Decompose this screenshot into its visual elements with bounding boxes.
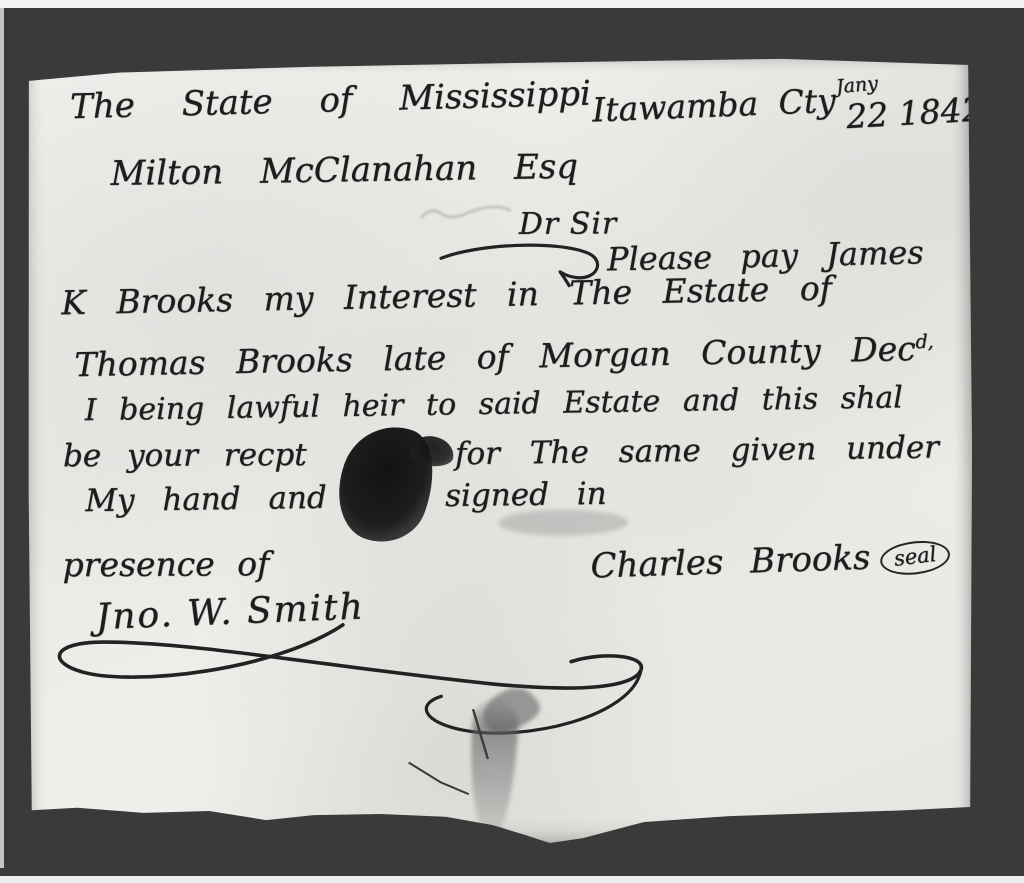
gray-smear (498, 509, 628, 536)
body-line-interest: K Brooks my Interest in The Estate of (61, 272, 832, 320)
decd-superscript: d, (915, 331, 934, 353)
body-line-thomas: Thomas Brooks late of Morgan County Decd… (74, 332, 934, 381)
body-line-thomas-main: Thomas Brooks late of Morgan County Dec (74, 329, 916, 384)
scan-background: { "document": { "dateline": { "state": "… (0, 0, 1024, 883)
dateline-day-year: 22 1842 (845, 92, 983, 133)
body-line-heir: I being lawful heir to said Estate and t… (85, 383, 904, 426)
seal-outline: seal (878, 537, 952, 578)
dateline-month-superscript: Jany (835, 74, 878, 97)
bottom-stain-needle (467, 706, 497, 766)
scanner-edge-top (0, 0, 1024, 8)
body-line-for-same: for The same given under (455, 432, 939, 470)
body-line-recpt: be your recpt (63, 440, 307, 472)
signature-flourish (43, 617, 674, 760)
scanner-edge-left (0, 8, 4, 868)
ink-blot (323, 413, 449, 555)
scanner-edge-bottom (0, 876, 1024, 883)
principal-signature: Charles Brooksseal (590, 538, 951, 588)
paper-crack (407, 760, 477, 800)
seal-label: seal (893, 542, 938, 571)
principal-signature-name: Charles Brooks (590, 538, 871, 587)
dateline-place: Itawamba Cty (592, 84, 837, 127)
body-line-presence: presence of (63, 547, 270, 581)
addressee-line: Milton McClanahan Esq (110, 150, 578, 191)
document-paper: The State of Mississippi Itawamba Cty Ja… (26, 56, 975, 847)
dateline-state: The State of Mississippi (70, 77, 592, 125)
pencil-scribble (419, 200, 514, 228)
